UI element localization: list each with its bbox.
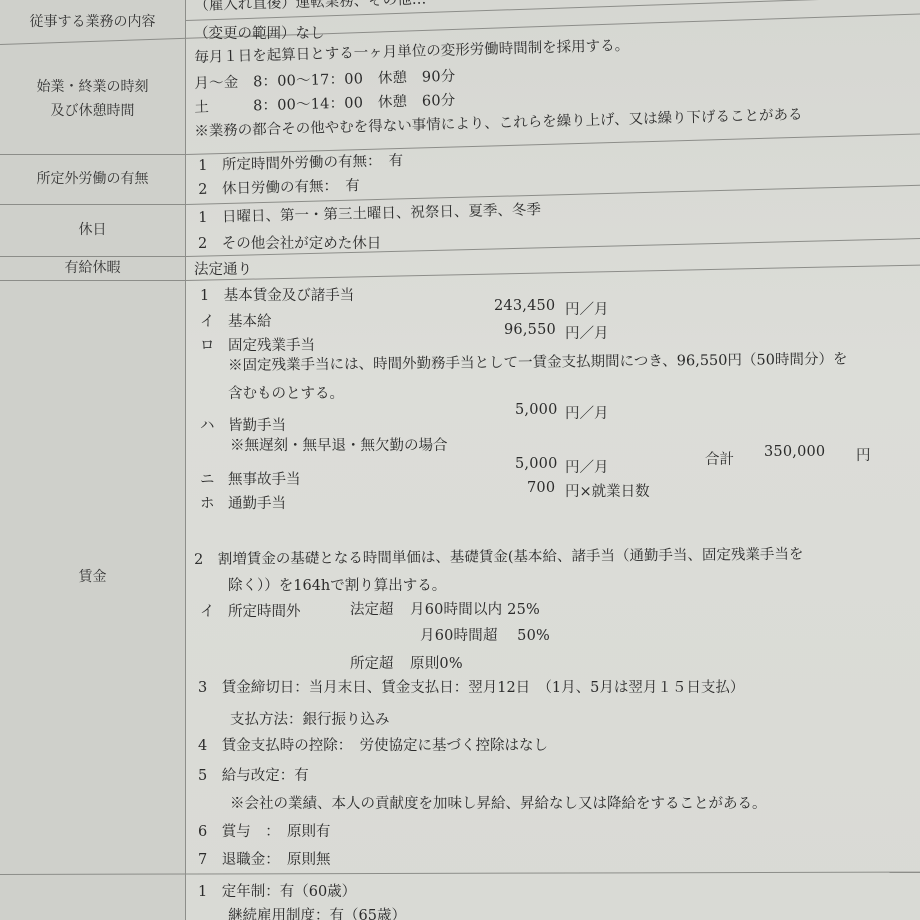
- no-accident-unit: 円／月: [565, 456, 609, 477]
- base-pay-unit: 円／月: [565, 298, 609, 319]
- overtime-rate-marker: イ: [200, 600, 215, 621]
- no-accident-marker: ニ: [200, 468, 215, 489]
- deductions: 4 賃金支払時の控除： 労使協定に基づく控除はなし: [198, 734, 548, 755]
- rate-within-60h: 月60時間以内 25%: [410, 598, 540, 619]
- scheduled-over-label: 所定超: [350, 652, 394, 673]
- row-divider: [0, 204, 186, 205]
- label-job-content: 従事する業務の内容: [0, 0, 186, 44]
- attendance-note: ※無遅刻・無早退・無欠勤の場合: [230, 434, 448, 455]
- retirement-age: 1 定年制：有（60歳）: [198, 880, 356, 901]
- premium-rate-line2: 除く））を164hで割り算出する。: [228, 574, 446, 595]
- overtime-line1: 1 所定時間外労働の有無： 有: [198, 149, 403, 175]
- hours-line2: 月～金 8：00～17：00 休憩 90分: [194, 65, 456, 93]
- label-working-hours-line1: 始業・終業の時刻: [37, 75, 149, 100]
- legal-over-label: 法定超: [350, 598, 394, 619]
- overtime-line2: 2 休日労働の有無： 有: [198, 174, 360, 199]
- label-holidays: 休日: [0, 204, 186, 256]
- holidays-line2: 2 その他会社が定めた休日: [198, 232, 381, 253]
- label-working-hours: 始業・終業の時刻 及び休憩時間: [0, 44, 186, 154]
- attendance-unit: 円／月: [565, 402, 609, 423]
- no-accident-name: 無事故手当: [228, 468, 301, 489]
- job-content-line2: （変更の範囲）なし: [194, 22, 325, 43]
- continued-employment: 継続雇用制度：有（65歳）: [228, 904, 406, 920]
- label-retirement: [0, 874, 186, 920]
- total-unit: 円: [856, 444, 871, 465]
- rate-scheduled-over: 原則0%: [410, 652, 463, 673]
- fixed-ot-amount: 96,550: [504, 322, 556, 338]
- fixed-ot-marker: ロ: [200, 334, 215, 355]
- wages-heading-1: 1 基本賃金及び諸手当: [200, 284, 354, 305]
- row-divider: [0, 256, 186, 257]
- fixed-ot-note-2: 含むものとする。: [228, 382, 344, 403]
- commute-amount: 700: [527, 480, 555, 496]
- base-pay-marker: イ: [200, 310, 215, 331]
- hours-line3: 土 8：00～14：00 休憩 60分: [194, 89, 456, 117]
- commute-unit: 円×就業日数: [565, 480, 650, 501]
- base-pay-amount: 243,450: [494, 298, 555, 314]
- no-accident-amount: 5,000: [515, 456, 558, 472]
- attendance-marker: ハ: [200, 414, 215, 435]
- row-divider: [0, 154, 186, 155]
- salary-revision: 5 給与改定：有: [198, 764, 309, 785]
- rate-over-60h: 月60時間超 50%: [420, 624, 550, 645]
- paid-leave-value: 法定通り: [194, 258, 252, 279]
- total-label: 合計: [705, 448, 734, 469]
- fixed-ot-name: 固定残業手当: [228, 334, 315, 355]
- payment-method: 支払方法：銀行振り込み: [230, 708, 390, 729]
- fixed-ot-unit: 円／月: [565, 322, 609, 343]
- pay-dates: 3 賃金締切日：当月末日、賃金支払日：翌月12日 （1月、5月は翌月１５日支払）: [198, 676, 744, 697]
- label-working-hours-line2: 及び休憩時間: [51, 99, 135, 124]
- label-paid-leave: 有給休暇: [0, 256, 186, 280]
- document-page: 従事する業務の内容 始業・終業の時刻 及び休憩時間 所定外労働の有無 休日 有給…: [0, 0, 920, 920]
- bonus: 6 賞与 ： 原則有: [198, 820, 330, 841]
- attendance-amount: 5,000: [515, 402, 558, 418]
- commute-marker: ホ: [200, 492, 215, 513]
- commute-name: 通勤手当: [228, 492, 286, 513]
- row-divider: [0, 280, 186, 281]
- attendance-name: 皆勤手当: [228, 414, 286, 435]
- base-pay-name: 基本給: [228, 310, 272, 331]
- label-wages: 賃金: [0, 280, 186, 874]
- label-overtime: 所定外労働の有無: [0, 154, 186, 204]
- fixed-ot-note-1: ※固定残業手当には、時間外勤務手当として一賃金支払期間につき、96,550円（5…: [228, 348, 848, 375]
- premium-rate-line1: 2 割増賃金の基礎となる時間単価は、基礎賃金(基本給、諸手当（通勤手当、固定残業…: [194, 543, 804, 569]
- overtime-rate-label: 所定時間外: [228, 600, 301, 621]
- retirement-allowance: 7 退職金： 原則無: [198, 848, 330, 869]
- total-amount: 350,000: [764, 444, 825, 460]
- row-divider: [186, 265, 920, 281]
- salary-revision-note: ※会社の業績、本人の貢献度を加味し昇給、昇給なし又は降給をすることがある。: [230, 792, 767, 813]
